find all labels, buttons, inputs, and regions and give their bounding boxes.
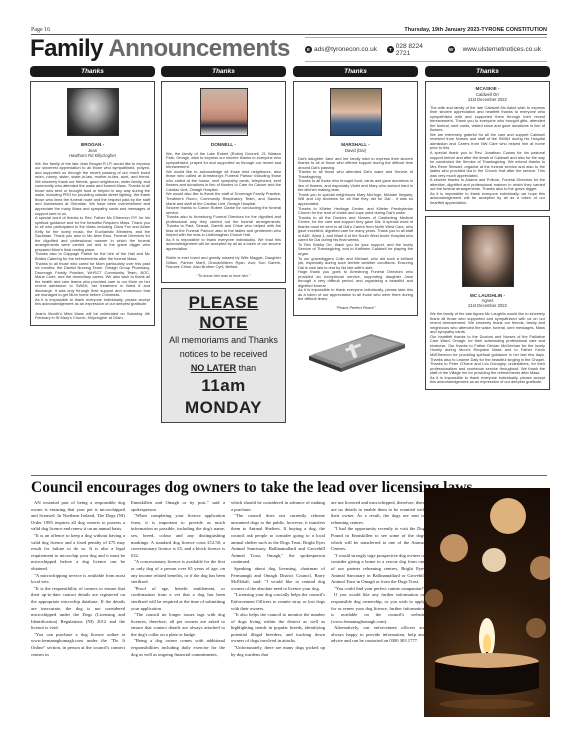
- paragraph: "When completing your licence applicatio…: [131, 513, 225, 559]
- deceased-nickname: David (Dai): [298, 148, 413, 153]
- deceased-name: DONNELL -: [166, 142, 281, 148]
- photo-mclaughlin: [462, 225, 514, 287]
- than-text: than: [236, 363, 256, 373]
- paragraph: "It is an offence to keep a dog without …: [31, 533, 125, 573]
- photo-marshall: [330, 88, 382, 136]
- paragraph: Thanks to all those who cared for Mum pa…: [35, 262, 150, 298]
- paragraph: "I would strongly urge prospective dog o…: [331, 553, 425, 586]
- please-note-deadline: 11am MONDAY: [162, 375, 285, 419]
- dateline: Thursday, 19th January 2023-TYRONE CONST…: [404, 27, 547, 33]
- death-date: 21st December 2022: [430, 97, 545, 102]
- paragraph: "The council does not currently rehome u…: [231, 513, 325, 566]
- bible-icon: [301, 330, 409, 370]
- paragraph: "Unfortunately, there are many dogs pick…: [231, 645, 325, 658]
- paragraph: "A microchipping service is available fr…: [31, 573, 125, 586]
- article-column-3: which should be considered in advance of…: [231, 500, 325, 658]
- paragraph: Robin is ever loved and greatly missed b…: [166, 256, 281, 270]
- phone-contact[interactable]: T 028 8224 2721: [387, 43, 438, 57]
- paragraph: are not licenced and microchipped, there…: [331, 500, 425, 526]
- paragraph: We, the family of the late Jean Brogan R…: [35, 162, 150, 217]
- paragraph: "The council no longer issues tags with …: [131, 612, 225, 638]
- death-date: 21st December 2022: [430, 303, 545, 308]
- notice-mcaskie: MCASKIE - Caldwell Orr 21st December 202…: [425, 81, 550, 211]
- paragraph: Thanks to all the Doctors and Nurses of …: [298, 216, 413, 243]
- paragraph: Our heartfelt thanks to the Doctors and …: [430, 335, 545, 376]
- paragraph: Alternatively, our enforcement officers …: [331, 625, 425, 645]
- phone-number[interactable]: 028 8224 2721: [396, 43, 438, 57]
- please-note-line1: All memoriams and Thanks: [162, 333, 285, 347]
- paragraph: which should be considered in advance of…: [231, 500, 325, 513]
- paragraph: We the family of the late Agnes Mc Laugh…: [430, 312, 545, 335]
- paragraph: "I had the opportunity recently to visit…: [331, 526, 425, 552]
- column-brogan: Thanks BROGAN - Jean Hawthorn Rd Killycl…: [30, 66, 155, 326]
- please-note-heading: PLEASE NOTE: [162, 293, 285, 333]
- paragraph: We would like to acknowledge all those k…: [166, 170, 281, 193]
- paragraph: Thank you to special neighbours Mary McH…: [298, 193, 413, 207]
- web-contact[interactable]: W www.ulsternetnotices.co.uk: [448, 46, 541, 53]
- phone-icon: T: [387, 46, 394, 53]
- column-mcaskie-mclaughlin: Thanks MCASKIE - Caldwell Orr 21st Decem…: [425, 66, 550, 390]
- paragraph: "It is the responsibility of owners to e…: [31, 586, 125, 632]
- paragraph: AN essential part of being a responsible…: [31, 500, 125, 533]
- notice-body: The wife and family of the late Caldwell…: [430, 106, 545, 206]
- notice-marshall: MARSHALL - David (Dai) Dai's daughter Ja…: [293, 81, 418, 316]
- paragraph: Thanks to all those who brought food, ca…: [298, 179, 413, 193]
- email-icon: E: [305, 46, 312, 53]
- paragraph: A special word of thanks to Rev. Father …: [35, 216, 150, 252]
- paragraph: A special thank you to Rev. Jonathan Cow…: [430, 151, 545, 178]
- paragraph: As it is impossible to thank everyone in…: [35, 298, 150, 307]
- paragraph: Enniskillen and Omagh or by post," said …: [131, 500, 225, 513]
- notice-body: We the family of the late Agnes Mc Laugh…: [430, 312, 545, 385]
- article-body: AN essential part of being a responsible…: [31, 500, 427, 658]
- notice-body: We, the family of the late Jean Brogan R…: [35, 162, 150, 321]
- please-note-box: PLEASE NOTE All memoriams and Thanks not…: [161, 288, 286, 423]
- paragraph: "It also helps the council to monitor th…: [231, 612, 325, 645]
- thanks-band: Thanks: [30, 66, 155, 77]
- notice-quote: "Peace Perfect Peace": [298, 306, 413, 311]
- section-divider: [31, 475, 547, 476]
- paragraph: Huge thank you goes to Armstrong Funeral…: [298, 270, 413, 288]
- paragraph: "You could find your perfect canine comp…: [331, 586, 425, 593]
- paragraph: "Licensing your dog crucially helps the …: [231, 592, 325, 612]
- paragraph: The wife and family of the late Caldwell…: [430, 106, 545, 133]
- web-icon: W: [448, 46, 455, 53]
- no-later-emphasis: NO LATER: [191, 363, 236, 373]
- column-marshall: Thanks MARSHALL - David (Dai) Dai's daug…: [293, 66, 418, 370]
- page-title: Family Announcements: [30, 34, 290, 64]
- paragraph: We are extremely grateful for all the ca…: [430, 133, 545, 151]
- title-announcements: Announcements: [108, 35, 290, 62]
- notice-brogan: BROGAN - Jean Hawthorn Rd Killyclogher W…: [30, 81, 155, 326]
- email-contact[interactable]: E ads@tyronecon.co.uk: [305, 46, 377, 53]
- deceased-address: Hawthorn Rd Killyclogher: [35, 153, 150, 158]
- notice-quote: "To know him was to love him.": [166, 274, 281, 279]
- photo-brogan: [67, 88, 119, 136]
- paragraph: "Being a dog owner comes with additional…: [131, 638, 225, 658]
- please-note-line2: notices to be received: [162, 347, 285, 361]
- thanks-band: Thanks: [293, 66, 418, 77]
- photo-donnell: [200, 88, 248, 136]
- paragraph: As it is impossible to thank everyone in…: [298, 288, 413, 302]
- thanks-band: Thanks: [425, 66, 550, 77]
- paragraph: As it is impossible to thank everyone in…: [430, 376, 545, 385]
- paragraph: A sincere thanks to Adams and Pollock, F…: [430, 178, 545, 192]
- paragraph: "Proof of age, benefit entitlement, or c…: [131, 586, 225, 612]
- notice-body: We, the family of the Late Robert (Robin…: [166, 152, 281, 279]
- contact-bar: E ads@tyronecon.co.uk T 028 8224 2721 W …: [305, 37, 547, 62]
- article-column-1: AN essential part of being a responsible…: [31, 500, 125, 658]
- paragraph: As it is impossible to thank everyone in…: [166, 238, 281, 252]
- paragraph: Dai's daughter Jane and her family wish …: [298, 157, 413, 171]
- paragraph: As it is impossible to thank everyone in…: [430, 192, 545, 206]
- paragraph: To Rev Bobby Orr, thank you for your sup…: [298, 243, 413, 257]
- email-address[interactable]: ads@tyronecon.co.uk: [314, 46, 377, 53]
- article-column-2: Enniskillen and Omagh or by post," said …: [131, 500, 225, 658]
- notice-donnell: DONNELL - We, the family of the Late Rob…: [161, 81, 286, 283]
- please-note-line3: NO LATER than: [162, 361, 285, 375]
- paragraph: We would also like to thank the staff of…: [166, 192, 281, 206]
- notice-mclaughlin: MC LAUGHLIN - Agnes 21st December 2022 W…: [425, 216, 550, 390]
- column-donnell: Thanks DONNELL - We, the family of the L…: [161, 66, 286, 423]
- title-family: Family: [30, 35, 103, 62]
- candle-image: [424, 488, 550, 717]
- notice-body: Dai's daughter Jane and her family wish …: [298, 157, 413, 311]
- paragraph: "You can purchase a dog licence online a…: [31, 632, 125, 658]
- page-number: Page 16: [31, 27, 50, 33]
- website-link[interactable]: www.ulsternetnotices.co.uk: [463, 46, 541, 53]
- paragraph: Jean's Month's Mind Mass will be celebra…: [35, 312, 150, 321]
- paragraph: Speaking about dog licensing, chairman o…: [231, 566, 325, 592]
- article-column-4: are not licenced and microchipped, there…: [331, 500, 425, 658]
- paragraph: If you would like any further informatio…: [331, 592, 425, 625]
- thanks-band: Thanks: [161, 66, 286, 77]
- paragraph: To our gravediggers Colin and Michael, w…: [298, 257, 413, 271]
- paragraph: "A concessionary licence is available fo…: [131, 559, 225, 585]
- paragraph: We, the family of the Late Robert (Robin…: [166, 152, 281, 170]
- paragraph: Thanks also to Armstrong Funeral Directo…: [166, 215, 281, 238]
